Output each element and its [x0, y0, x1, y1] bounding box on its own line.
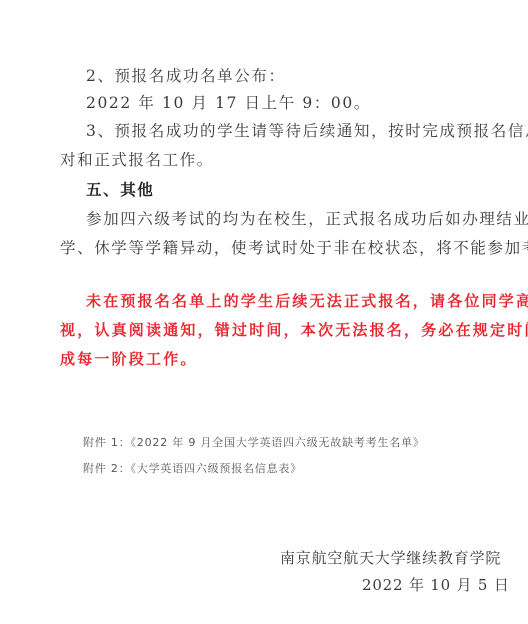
warning-line2: 视，认真阅读通知，错过时间，本次无法报名，务必在规定时间内完: [60, 320, 528, 340]
item3-line1: 3、预报名成功的学生请等待后续通知，按时完成预报名信息核: [86, 121, 528, 141]
item3-line2: 对和正式报名工作。: [60, 150, 214, 170]
attachment-2-title: 《大学英语四六级预报名信息表》: [131, 462, 303, 475]
attachment-2[interactable]: 附件 2：《大学英语四六级预报名信息表》: [83, 459, 302, 479]
section-body-line2: 学、休学等学籍异动，使考试时处于非在校状态，将不能参加考试。: [60, 238, 528, 258]
section-heading: 五、其他: [86, 180, 154, 200]
signature-date: 2022 年 10 月 5 日: [362, 575, 510, 595]
warning-line3: 成每一阶段工作。: [60, 349, 198, 369]
attachment-1-label: 附件 1：: [83, 436, 131, 449]
attachment-2-label: 附件 2：: [83, 462, 131, 475]
item2-title: 2、预报名成功名单公布：: [86, 66, 286, 86]
section-body-line1: 参加四六级考试的均为在校生，正式报名成功后如办理结业、退: [86, 209, 528, 229]
attachment-1[interactable]: 附件 1：《2022 年 9 月全国大学英语四六级无故缺考考生名单》: [83, 433, 425, 453]
warning-line1: 未在预报名名单上的学生后续无法正式报名，请各位同学高度重: [86, 291, 528, 311]
attachment-1-title: 《2022 年 9 月全国大学英语四六级无故缺考考生名单》: [131, 436, 425, 449]
item2-time: 2022 年 10 月 17 日上午 9：00。: [86, 93, 371, 113]
signature-organization: 南京航空航天大学继续教育学院: [280, 548, 501, 568]
